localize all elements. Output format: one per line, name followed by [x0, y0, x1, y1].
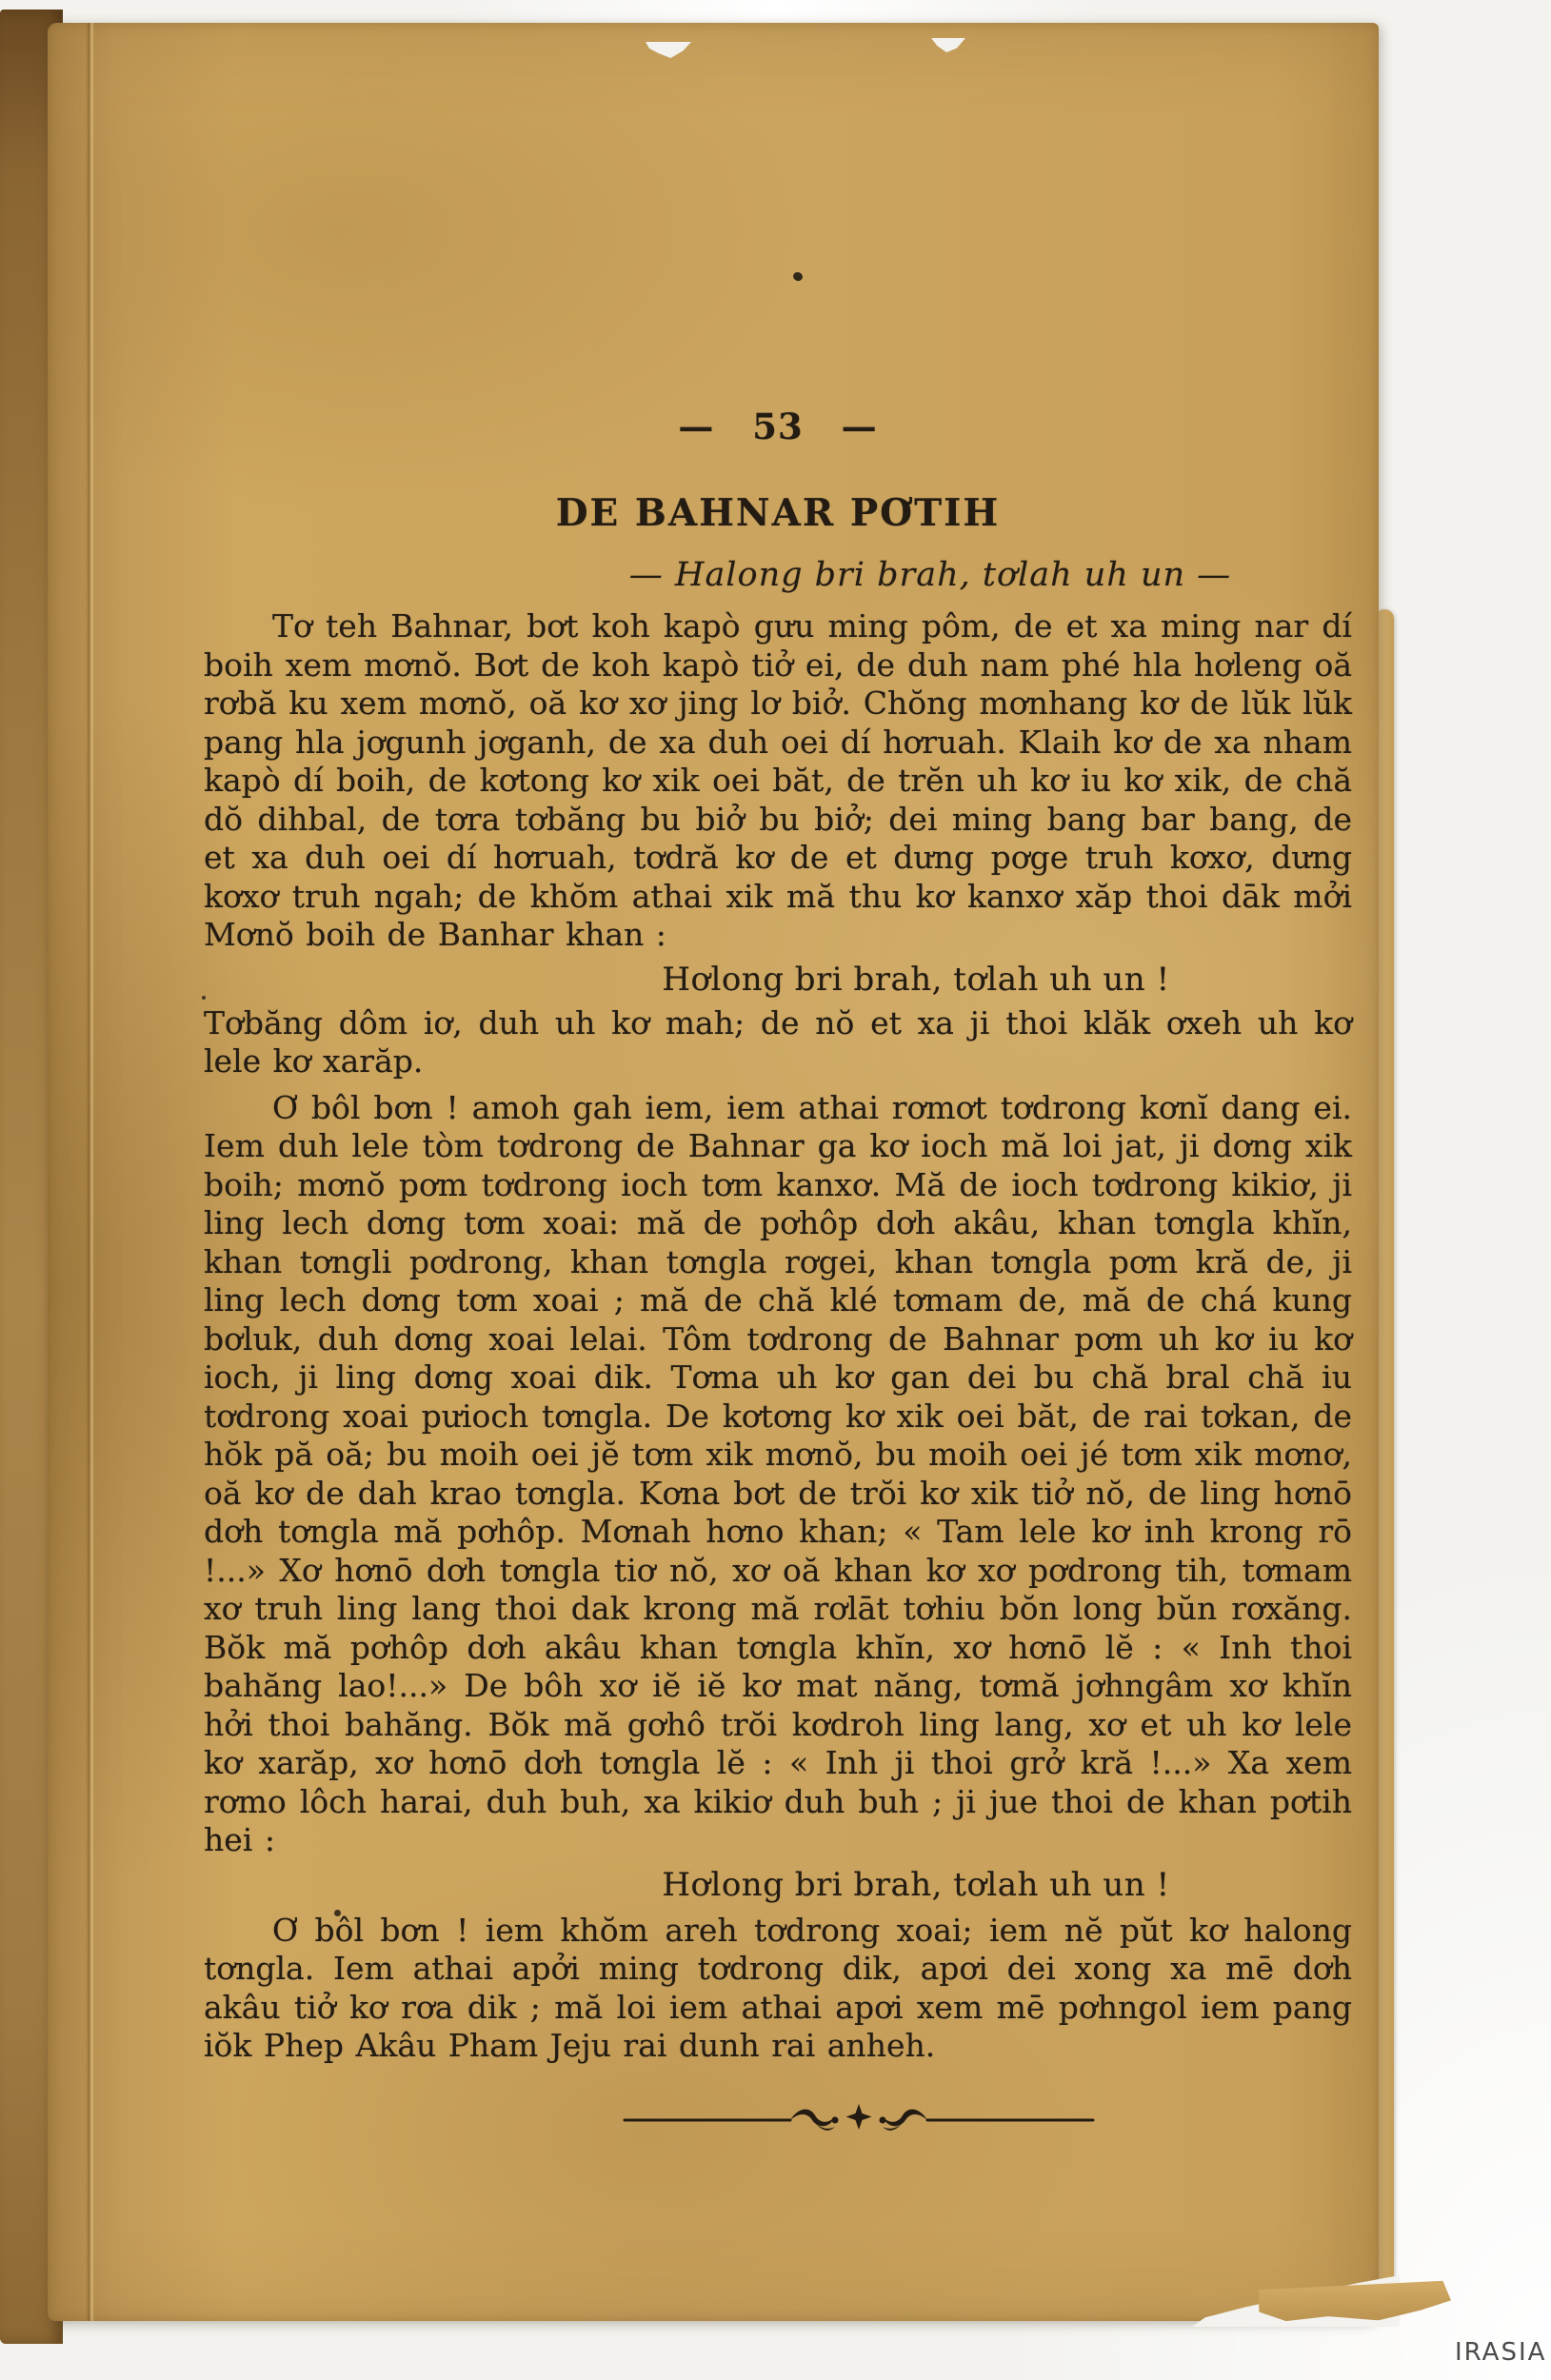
flourish-graphic	[621, 2098, 1097, 2136]
page-subtitle: — Halong bri brah, tơlah uh un —	[204, 556, 1352, 594]
divider-flourish	[204, 2098, 1352, 2140]
watermark-label: IRASIA	[1455, 2338, 1546, 2367]
page-title: DE BAHNAR PƠTIH	[204, 491, 1352, 535]
paragraph-2: Tơbăng dôm iơ, duh uh kơ mah; de nŏ et x…	[204, 1004, 1352, 1081]
page-number: — 53 —	[204, 406, 1352, 447]
printed-text-block: — 53 — DE BAHNAR PƠTIH — Halong bri brah…	[204, 23, 1352, 2140]
gutter-crease	[86, 23, 94, 2321]
refrain-line-2: Hơlong bri brah, tơlah uh un !	[204, 1866, 1352, 1904]
refrain-line-1: Hơlong bri brah, tơlah uh un !	[204, 961, 1352, 999]
scanned-book-page: — 53 — DE BAHNAR PƠTIH — Halong bri brah…	[48, 23, 1379, 2321]
paragraph-1: Tơ teh Bahnar, bơt koh kapò gưu ming pôm…	[204, 607, 1352, 955]
paragraph-4: Ơ bôl bơn ! iem khŏm areh tơdrong xoai; …	[204, 1912, 1352, 2066]
ink-speck	[334, 1910, 341, 1916]
ink-speck	[202, 996, 206, 1000]
paragraph-3: Ơ bôl bơn ! amoh gah iem, iem athai rơmơ…	[204, 1089, 1352, 1860]
